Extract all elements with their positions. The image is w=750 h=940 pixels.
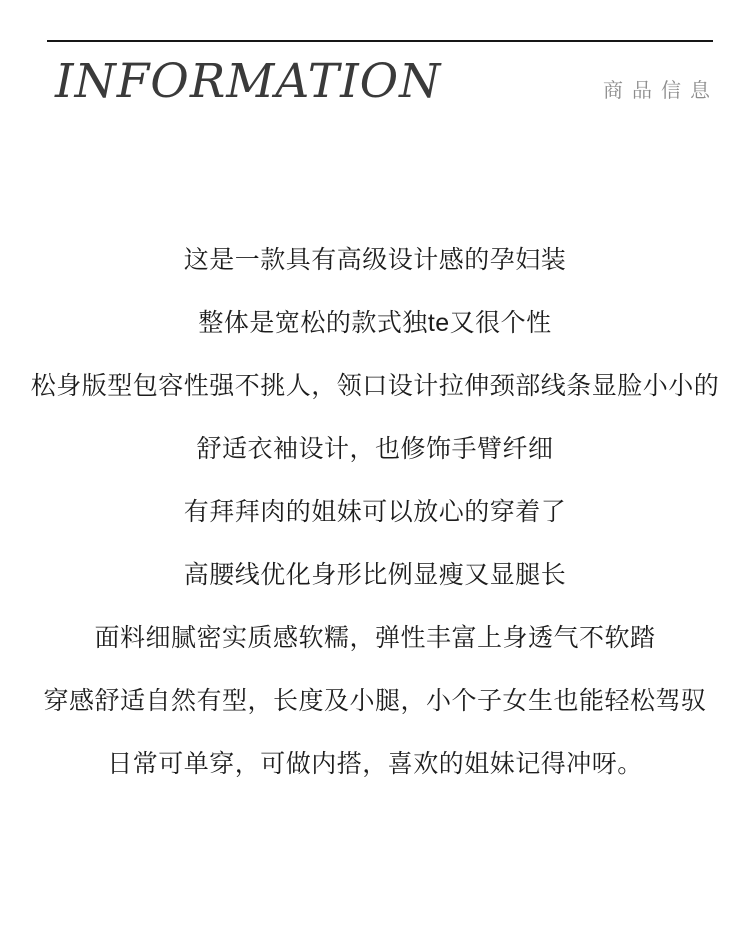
description-line: 高腰线优化身形比例显瘦又显腿长 — [0, 544, 750, 607]
header-divider — [47, 40, 713, 42]
description-line: 整体是宽松的款式独te又很个性 — [0, 292, 750, 355]
description-line: 这是一款具有高级设计感的孕妇装 — [0, 229, 750, 292]
description-line: 松身版型包容性强不挑人，领口设计拉伸颈部线条显脸小小的 — [0, 355, 750, 418]
description-line: 穿感舒适自然有型，长度及小腿，小个子女生也能轻松驾驭 — [0, 670, 750, 733]
description-line: 有拜拜肉的姐妹可以放心的穿着了 — [0, 481, 750, 544]
product-info-page: INFORMATION 商品信息 这是一款具有高级设计感的孕妇装 整体是宽松的款… — [0, 0, 750, 940]
description-line: 面料细腻密实质感软糯，弹性丰富上身透气不软踏 — [0, 607, 750, 670]
product-description: 这是一款具有高级设计感的孕妇装 整体是宽松的款式独te又很个性 松身版型包容性强… — [0, 229, 750, 796]
page-title: INFORMATION — [55, 56, 441, 108]
description-line: 舒适衣袖设计，也修饰手臂纤细 — [0, 418, 750, 481]
description-line: 日常可单穿，可做内搭，喜欢的姐妹记得冲呀。 — [0, 733, 750, 796]
page-subtitle: 商品信息 — [603, 74, 719, 103]
